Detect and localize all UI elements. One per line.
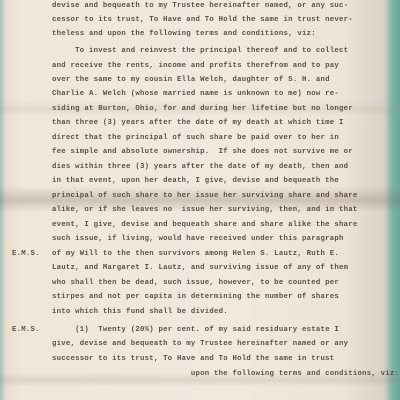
text-line: theless and upon the following terms and… (52, 29, 316, 39)
text-line: dies within three (3) years after the da… (52, 162, 348, 172)
document-page: devise and bequeath to my Trustee herein… (0, 0, 400, 400)
text-line: To invest and reinvest the principal the… (52, 46, 348, 56)
text-line: alike, or if she leaves no issue her sur… (52, 205, 358, 215)
text-line: principal of such share to her issue her… (52, 191, 358, 201)
text-line: in that event, upon her death, I give, d… (52, 176, 339, 186)
text-line: give, devise and bequeath to my Trustee … (52, 339, 348, 349)
text-line: Charlie A. Welch (whose married name is … (52, 89, 339, 99)
text-line: Lautz, and Margaret I. Lautz, and surviv… (52, 263, 348, 273)
text-line: devise and bequeath to my Trustee herein… (52, 1, 348, 11)
text-line: such issue, if living, would have receiv… (52, 234, 344, 244)
text-line: than three (3) years after the date of m… (52, 118, 344, 128)
text-line: stirpes and not per capita in determinin… (52, 292, 339, 302)
text-line: cessor to its trust, To Have and To Hold… (52, 15, 353, 25)
text-line: who shall then be dead, such issue, howe… (52, 278, 339, 288)
text-line: (1) Twenty (20%) per cent. of my said re… (52, 325, 339, 335)
margin-initials: E.M.S. (12, 249, 40, 259)
text-line: upon the following terms and conditions,… (52, 369, 399, 379)
text-line: of my Will to the then survivors among H… (52, 249, 339, 259)
text-line: successor to its trust, To Have and To H… (52, 354, 334, 364)
text-line: event, I give, devise and bequeath share… (52, 220, 358, 230)
margin-initials: E.M.S. (12, 325, 40, 335)
text-line: siding at Burton, Ohio, for and during h… (52, 104, 353, 114)
text-line: over the same to my cousin Ella Welch, d… (52, 75, 330, 85)
text-line: into which this fund shall be divided. (52, 307, 228, 317)
text-line: direct that the principal of such share … (52, 133, 339, 143)
text-line: fee simple and absolute ownership. If sh… (52, 147, 353, 157)
text-line: and receive the rents, income and profit… (52, 61, 339, 71)
